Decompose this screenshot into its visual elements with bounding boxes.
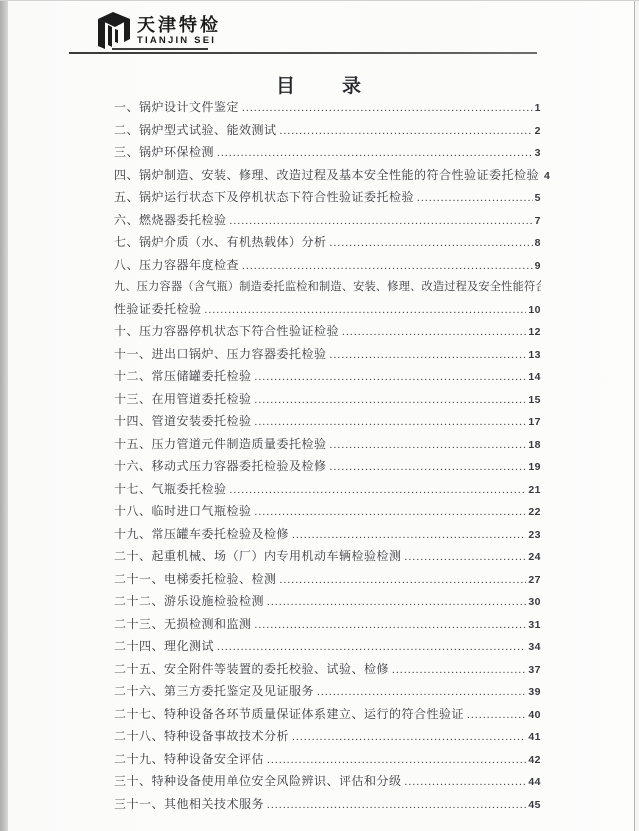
toc-item-label: 十六、移动式压力容器委托检验及检修 [114,456,327,478]
dot-leader [230,479,527,502]
toc-item-label: 二十、起重机械、场（厂）内专用机动车辆检验检测 [114,546,402,568]
toc-item-page-number: 37 [527,660,541,682]
toc-page-title: 目 录 [95,71,545,98]
toc-item-row: 十、压力容器停机状态下符合性验证检验 12 [114,321,541,344]
toc-list: 一、锅炉设计文件鉴定 1 二、锅炉型式试验、能效测试 2 三、锅炉环保检测 [114,97,541,816]
toc-item-row: 四、锅炉制造、安装、修理、改造过程及基本安全性能的符合性验证委托检验 4 [114,165,541,188]
toc-item-row: 三十一、其他相关技术服务 45 [114,794,541,817]
toc-item-label: 十一、进出口锅炉、压力容器委托检验 [114,344,327,366]
toc-item-page-number: 39 [527,682,541,704]
toc-item-label: 十四、管道安装委托检验 [114,411,252,433]
dot-leader [255,501,527,524]
toc-item: 十五、压力管道元件制造质量委托检验 18 [114,434,541,457]
dot-leader [205,299,527,322]
toc-item-label: 十九、常压罐车委托检验及检修 [114,524,289,546]
dot-leader [267,749,526,772]
scanned-page: 天津特检 TIANJIN SEI 目 录 一、锅炉设计文件鉴定 1 二、锅炉型式… [0,0,639,831]
toc-item: 三十、特种设备使用单位安全风险辨识、评估和分级 44 [114,771,541,794]
toc-item-page-number: 24 [527,547,541,569]
toc-item-page-number: 34 [527,637,541,659]
dot-leader [405,771,527,794]
header-rule [69,52,537,54]
toc-item-row: 二十、起重机械、场（厂）内专用机动车辆检验检测 24 [114,546,541,569]
toc-item-row: 性验证委托检验 10 [114,299,541,322]
dot-leader [292,726,526,749]
toc-item-label: 二十三、无损检测和监测 [114,614,252,636]
toc-item: 十一、进出口锅炉、压力容器委托检验 13 [114,344,541,367]
toc-item-row: 五、锅炉运行状态下及停机状态下符合性验证委托检验 5 [114,187,541,210]
toc-item-label: 十五、压力管道元件制造质量委托检验 [114,434,327,456]
dot-leader [255,614,527,637]
toc-item: 十七、气瓶委托检验 21 [114,479,541,502]
dot-leader [417,187,533,210]
toc-item: 十、压力容器停机状态下符合性验证检验 12 [114,321,541,344]
toc-item-label: 三十、特种设备使用单位安全风险辨识、评估和分级 [114,771,402,793]
toc-item-page-number: 19 [527,457,541,479]
toc-item-row: 十三、在用管道委托检验 15 [114,389,541,412]
toc-item-label: 三十一、其他相关技术服务 [114,794,264,816]
toc-item: 二、锅炉型式试验、能效测试 2 [114,120,541,143]
toc-item-row: 二十一、电梯委托检验、检测 27 [114,569,541,592]
toc-item-row: 六、燃烧器委托检验 7 [114,210,541,233]
brand-name-chinese: 天津特检 [137,16,221,35]
toc-item: 十四、管道安装委托检验 17 [114,411,541,434]
toc-item-page-number: 40 [527,705,541,727]
toc-item-row: 十二、常压储罐委托检验 14 [114,366,541,389]
dot-leader [230,210,533,233]
toc-item-page-number: 45 [527,795,541,817]
toc-item: 十六、移动式压力容器委托检验及检修 19 [114,456,541,479]
dot-leader [242,255,533,278]
toc-item-page-number: 31 [527,615,541,637]
toc-item-page-number: 21 [527,480,541,502]
toc-item-row: 十四、管道安装委托检验 17 [114,411,541,434]
toc-item-page-number: 2 [534,121,541,143]
dot-leader [280,569,527,592]
toc-item-page-number: 17 [527,412,541,434]
toc-item: 三、锅炉环保检测 3 [114,142,541,165]
dot-leader [330,344,527,367]
toc-item-label: 五、锅炉运行状态下及停机状态下符合性验证委托检验 [114,187,414,209]
toc-item-row: 二十四、理化测试 34 [114,636,541,659]
toc-item-label: 二十二、游乐设施检验检测 [114,591,264,613]
toc-item: 二十一、电梯委托检验、检测 27 [114,569,541,592]
toc-item-label: 二十一、电梯委托检验、检测 [114,569,277,591]
scan-edge-left [0,0,8,831]
toc-item-page-number: 41 [527,727,541,749]
dot-leader [255,366,527,389]
toc-item-label: 二十九、特种设备安全评估 [114,749,264,771]
toc-item: 十八、临时进口气瓶检验 22 [114,501,541,524]
toc-item: 二十二、游乐设施检验检测 30 [114,591,541,614]
dot-leader [405,546,527,569]
scan-edge-right-fill [635,0,639,831]
toc-item-page-number: 8 [534,233,541,255]
dot-leader [217,636,526,659]
dot-leader [255,389,527,412]
toc-item-label: 二十七、特种设备各环节质量保证体系建立、运行的符合性验证 [114,704,464,726]
dot-leader [242,97,533,120]
toc-item-row: 二十三、无损检测和监测 31 [114,614,541,637]
toc-item-row: 十五、压力管道元件制造质量委托检验 18 [114,434,541,457]
toc-item-label: 十七、气瓶委托检验 [114,479,227,501]
toc-item-row: 十一、进出口锅炉、压力容器委托检验 13 [114,344,541,367]
toc-item-page-number: 7 [534,211,541,233]
dot-leader [317,681,526,704]
toc-item-page-number: 23 [527,525,541,547]
toc-item-page-number: 18 [527,435,541,457]
toc-item-label: 三、锅炉环保检测 [114,142,214,164]
toc-item: 四、锅炉制造、安装、修理、改造过程及基本安全性能的符合性验证委托检验 4 [114,165,541,188]
toc-item-row: 十七、气瓶委托检验 21 [114,479,541,502]
toc-item: 三十一、其他相关技术服务 45 [114,794,541,817]
logo-underline [112,48,208,50]
toc-item: 十三、在用管道委托检验 15 [114,389,541,412]
dot-leader [292,524,526,547]
toc-item: 七、锅炉介质（水、有机热载体）分析 8 [114,232,541,255]
toc-item-row: 十六、移动式压力容器委托检验及检修 19 [114,456,541,479]
toc-item-page-number: 27 [527,570,541,592]
scan-edge-top [0,0,639,1]
toc-item-page-number: 10 [527,300,541,322]
toc-item-page-number: 44 [527,772,541,794]
toc-item: 十二、常压储罐委托检验 14 [114,366,541,389]
toc-item: 二十七、特种设备各环节质量保证体系建立、运行的符合性验证 40 [114,704,541,727]
toc-item-row: 八、压力容器年度检查 9 [114,255,541,278]
toc-item-page-number: 14 [527,367,541,389]
toc-item-label: 二、锅炉型式试验、能效测试 [114,120,277,142]
toc-item-label: 二十四、理化测试 [114,636,214,658]
toc-item-row: 十九、常压罐车委托检验及检修 23 [114,524,541,547]
dot-leader [392,659,526,682]
toc-item-label: 七、锅炉介质（水、有机热载体）分析 [114,232,327,254]
toc-item-page-number: 13 [527,345,541,367]
dot-leader [330,456,527,479]
dot-leader [255,411,527,434]
toc-item: 六、燃烧器委托检验 7 [114,210,541,233]
toc-item-row: 二十七、特种设备各环节质量保证体系建立、运行的符合性验证 40 [114,704,541,727]
toc-item-label: 性验证委托检验 [114,299,202,321]
dot-leader [280,120,533,143]
toc-item: 九、压力容器（含气瓶）制造委托监检和制造、安装、修理、改造过程及安全性能符合 性… [114,277,541,321]
toc-item-label: 一、锅炉设计文件鉴定 [114,97,239,119]
toc-item: 二十六、第三方委托鉴定及见证服务 39 [114,681,541,704]
toc-item: 二十五、安全附件等装置的委托校验、试验、检修 37 [114,659,541,682]
toc-item-row: 一、锅炉设计文件鉴定 1 [114,97,541,120]
toc-item-label: 二十六、第三方委托鉴定及见证服务 [114,681,314,703]
toc-item: 十九、常压罐车委托检验及检修 23 [114,524,541,547]
dot-leader [217,142,533,165]
toc-item-row: 二、锅炉型式试验、能效测试 2 [114,120,541,143]
dot-leader [467,704,526,727]
toc-item-page-number: 4 [543,166,550,188]
toc-item: 二十、起重机械、场（厂）内专用机动车辆检验检测 24 [114,546,541,569]
toc-item-row: 三十、特种设备使用单位安全风险辨识、评估和分级 44 [114,771,541,794]
toc-item-row: 二十二、游乐设施检验检测 30 [114,591,541,614]
toc-item-label: 十、压力容器停机状态下符合性验证检验 [114,321,339,343]
dot-leader [342,321,526,344]
toc-item-label: 十三、在用管道委托检验 [114,389,252,411]
dot-leader [330,232,533,255]
dot-leader [267,591,526,614]
toc-item-row: 七、锅炉介质（水、有机热载体）分析 8 [114,232,541,255]
toc-item: 二十八、特种设备事故技术分析 41 [114,726,541,749]
toc-item-label: 二十五、安全附件等装置的委托校验、试验、检修 [114,659,389,681]
toc-item-page-number: 30 [527,592,541,614]
toc-item-label: 八、压力容器年度检查 [114,255,239,277]
dot-leader [267,794,526,817]
toc-item-page-number: 42 [527,750,541,772]
toc-item-row: 二十五、安全附件等装置的委托校验、试验、检修 37 [114,659,541,682]
toc-item-page-number: 22 [527,502,541,524]
toc-item-row: 二十六、第三方委托鉴定及见证服务 39 [114,681,541,704]
toc-item-wrapped-first-line: 九、压力容器（含气瓶）制造委托监检和制造、安装、修理、改造过程及安全性能符合 [114,277,541,299]
toc-item: 二十三、无损检测和监测 31 [114,614,541,637]
toc-item-page-number: 5 [534,188,541,210]
dot-leader [330,434,527,457]
toc-item-page-number: 1 [534,98,541,120]
toc-item-page-number: 15 [527,390,541,412]
toc-item: 八、压力容器年度检查 9 [114,255,541,278]
toc-item-label: 六、燃烧器委托检验 [114,210,227,232]
toc-item: 二十四、理化测试 34 [114,636,541,659]
logo-text: 天津特检 TIANJIN SEI [137,9,221,46]
toc-item-label: 十二、常压储罐委托检验 [114,366,252,388]
toc-item-row: 三、锅炉环保检测 3 [114,142,541,165]
toc-item: 一、锅炉设计文件鉴定 1 [114,97,541,120]
toc-item-label: 二十八、特种设备事故技术分析 [114,726,289,748]
toc-item-label: 四、锅炉制造、安装、修理、改造过程及基本安全性能的符合性验证委托检验 [114,165,539,187]
brand-name-english: TIANJIN SEI [137,35,221,46]
toc-item-page-number: 3 [534,143,541,165]
toc-item: 二十九、特种设备安全评估 42 [114,749,541,772]
toc-item-row: 二十九、特种设备安全评估 42 [114,749,541,772]
toc-item-label: 十八、临时进口气瓶检验 [114,501,252,523]
toc-item-row: 二十八、特种设备事故技术分析 41 [114,726,541,749]
toc-item: 五、锅炉运行状态下及停机状态下符合性验证委托检验 5 [114,187,541,210]
toc-item-page-number: 12 [527,322,541,344]
toc-item-row: 十八、临时进口气瓶检验 22 [114,501,541,524]
toc-item-page-number: 9 [534,256,541,278]
